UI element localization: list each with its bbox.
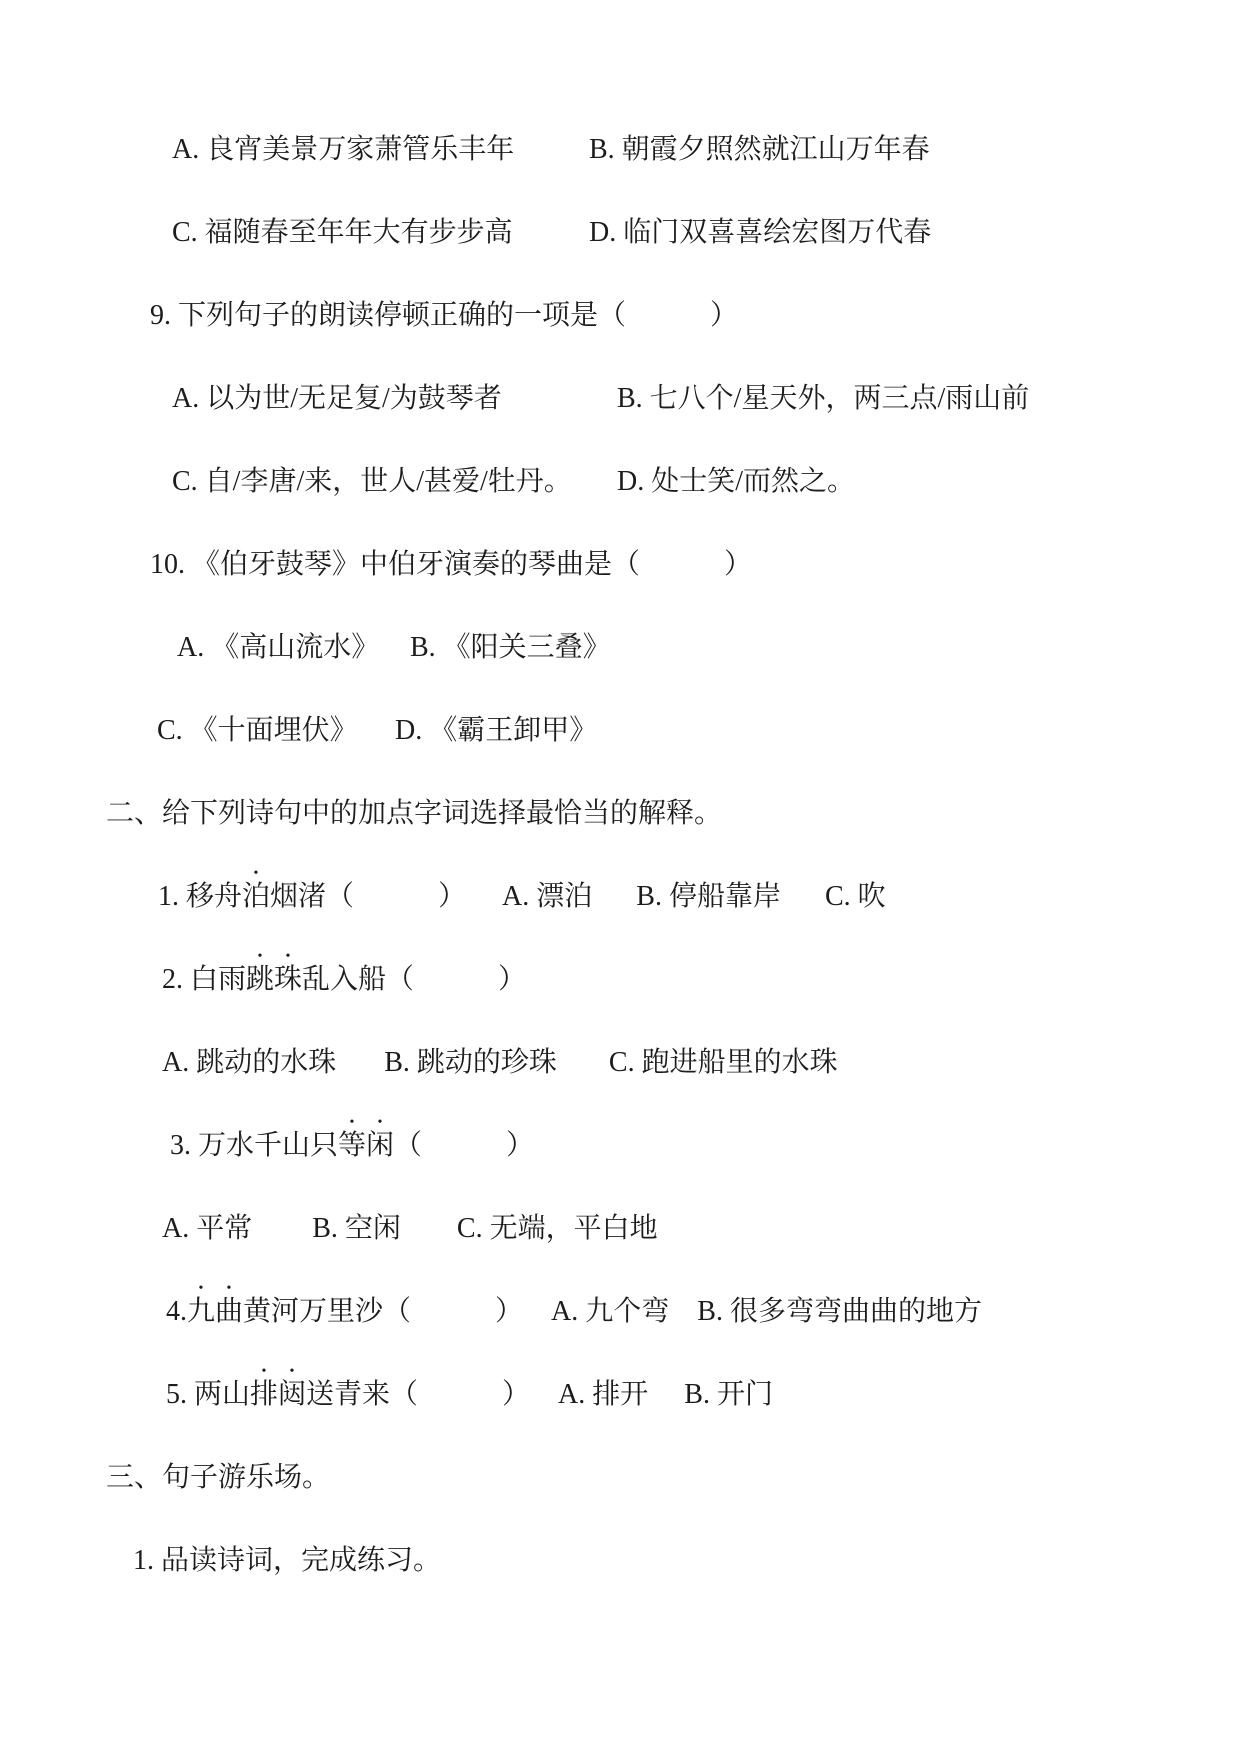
s2-q1-dotted-word: 泊	[242, 881, 270, 912]
q9-stem-text: 9. 下列句子的朗读停顿正确的一项是（ ）	[150, 300, 738, 331]
q10-option-a: A. 《高山流水》	[177, 606, 410, 689]
s2-q1-option-a: A. 漂泊	[502, 881, 592, 912]
s2-q2-options: A. 跳动的水珠B. 跳动的珍珠C. 跑进船里的水珠	[0, 1021, 1241, 1104]
s3-item1: 1. 品读诗词，完成练习。	[0, 1519, 1241, 1602]
q10-options-row-2: C. 《十面埋伏》D. 《霸王卸甲》	[0, 689, 1241, 772]
worksheet-page: A. 良宵美景万家萧管乐丰年B. 朝霞夕照然就江山万年春 C. 福随春至年年大有…	[0, 0, 1241, 1754]
q9-options-row-1: A. 以为世/无足复/为鼓琴者B. 七八个/星天外，两三点/雨山前	[0, 357, 1241, 440]
q10-option-d: D. 《霸王卸甲》	[395, 715, 597, 746]
s2-q1-pre: 1. 移舟	[158, 881, 242, 912]
s2-q3-options: A. 平常B. 空闲C. 无端，平白地	[0, 1187, 1241, 1270]
s3-item1-text: 1. 品读诗词，完成练习。	[133, 1545, 441, 1576]
section3-heading-text: 三、句子游乐场。	[106, 1462, 330, 1493]
s2-q5-dotted-word: 排闼	[250, 1379, 306, 1410]
s2-q4-pre: 4.	[166, 1296, 187, 1327]
q8-option-a: A. 良宵美景万家萧管乐丰年	[172, 108, 589, 191]
s2-q2-pre: 2. 白雨	[162, 964, 246, 995]
q10-stem-text: 10. 《伯牙鼓琴》中伯牙演奏的琴曲是（ ）	[150, 549, 752, 580]
q9-options-row-2: C. 自/李唐/来，世人/甚爱/牡丹。D. 处士笑/而然之。	[0, 440, 1241, 523]
s2-q3-option-c: C. 无端，平白地	[457, 1213, 658, 1244]
q8-options-row-1: A. 良宵美景万家萧管乐丰年B. 朝霞夕照然就江山万年春	[0, 108, 1241, 191]
section3-heading: 三、句子游乐场。	[0, 1436, 1241, 1519]
s2-q2-option-b: B. 跳动的珍珠	[384, 1047, 557, 1078]
s2-q3-dotted-word: 等闲	[338, 1130, 394, 1161]
q10-options-row-1: A. 《高山流水》B. 《阳关三叠》	[0, 606, 1241, 689]
s2-q3-option-b: B. 空闲	[312, 1213, 401, 1244]
s2-q2-option-c: C. 跑进船里的水珠	[609, 1047, 838, 1078]
q10-option-c: C. 《十面埋伏》	[157, 689, 395, 772]
s2-q4-dotted-word: 九曲	[187, 1296, 243, 1327]
section2-heading-text: 二、给下列诗句中的加点字词选择最恰当的解释。	[106, 798, 722, 829]
s2-q3-option-a: A. 平常	[162, 1213, 252, 1244]
s2-q2-dotted-word: 跳珠	[246, 964, 302, 995]
q8-options-row-2: C. 福随春至年年大有步步高D. 临门双喜喜绘宏图万代春	[0, 191, 1241, 274]
q8-option-d: D. 临门双喜喜绘宏图万代春	[589, 217, 931, 248]
q9-option-a: A. 以为世/无足复/为鼓琴者	[172, 357, 617, 440]
s2-q5-option-b: B. 开门	[684, 1379, 773, 1410]
s2-q5-line: 5. 两山排闼送青来（ ）A. 排开B. 开门	[0, 1353, 1241, 1436]
s2-q5-option-a: A. 排开	[558, 1379, 648, 1410]
s2-q1-line: 1. 移舟泊烟渚（ ）A. 漂泊B. 停船靠岸C. 吹	[0, 855, 1241, 938]
s2-q1-option-b: B. 停船靠岸	[636, 881, 781, 912]
q9-option-b: B. 七八个/星天外，两三点/雨山前	[617, 383, 1029, 414]
q8-option-c: C. 福随春至年年大有步步高	[172, 191, 589, 274]
s2-q4-option-b: B. 很多弯弯曲曲的地方	[697, 1296, 982, 1327]
s2-q4-line: 4.九曲黄河万里沙（ ）A. 九个弯B. 很多弯弯曲曲的地方	[0, 1270, 1241, 1353]
section2-heading: 二、给下列诗句中的加点字词选择最恰当的解释。	[0, 772, 1241, 855]
q10-option-b: B. 《阳关三叠》	[410, 632, 611, 663]
s2-q5-pre: 5. 两山	[166, 1379, 250, 1410]
s2-q1-post: 烟渚（ ）	[270, 881, 466, 912]
s2-q1-option-c: C. 吹	[825, 881, 886, 912]
s2-q5-post: 送青来（ ）	[306, 1379, 530, 1410]
q9-stem: 9. 下列句子的朗读停顿正确的一项是（ ）	[0, 274, 1241, 357]
s2-q2-stem: 2. 白雨跳珠乱入船（ ）	[0, 938, 1241, 1021]
s2-q2-post: 乱入船（ ）	[302, 964, 526, 995]
s2-q3-post: （ ）	[394, 1130, 534, 1161]
s2-q4-option-a: A. 九个弯	[551, 1296, 669, 1327]
q8-option-b: B. 朝霞夕照然就江山万年春	[589, 134, 930, 165]
s2-q4-post: 黄河万里沙（ ）	[243, 1296, 523, 1327]
q9-option-c: C. 自/李唐/来，世人/甚爱/牡丹。	[172, 440, 617, 523]
s2-q3-pre: 3. 万水千山只	[170, 1130, 338, 1161]
s2-q2-option-a: A. 跳动的水珠	[162, 1047, 336, 1078]
q10-stem: 10. 《伯牙鼓琴》中伯牙演奏的琴曲是（ ）	[0, 523, 1241, 606]
s2-q3-stem: 3. 万水千山只等闲（ ）	[0, 1104, 1241, 1187]
q9-option-d: D. 处士笑/而然之。	[617, 466, 855, 497]
